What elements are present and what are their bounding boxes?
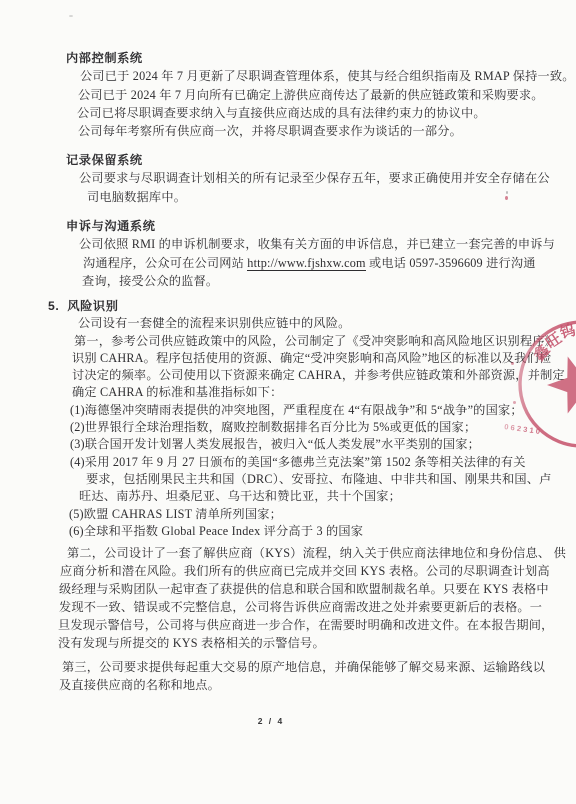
text-line: (4)采用 2017 年 9 月 27 日颁布的美国“多德弗兰克法案”第 150… bbox=[70, 454, 565, 471]
text-segment: (6)全球和平指数 Global Peace Index 评分高于 3 的国家 bbox=[69, 524, 363, 538]
text-line: 应商分析和潜在风险。我们所有的供应商已完成并交回 KYS 表格。公司的尽职调查计… bbox=[60, 562, 566, 580]
text-line: 及直接供应商的名称和地点。 bbox=[59, 676, 545, 694]
internal-control-system-section-heading: 内部控制系统 bbox=[66, 49, 575, 67]
text-line: 沟通程序，公众可在公司网站 http://www.fjshxw.com 或电话 … bbox=[83, 254, 555, 272]
record-retention-system-section: 记录保留系统公司要求与尽职调查计划相关的所有记录至少保存五年，要求正确使用并安全… bbox=[66, 151, 550, 206]
text-line: 公司依照 RMI 的申诉机制要求，收集有关方面的申诉信息，并已建立一套完善的申诉… bbox=[79, 235, 555, 253]
text-line: 公司要求与尽职调查计划相关的所有记录至少保存五年，要求正确使用并安全存储在公 bbox=[79, 169, 550, 187]
scanned-document-page: 内部控制系统公司已于 2024 年 7 月更新了尽职调查管理体系，使其与经合组织… bbox=[0, 0, 576, 804]
text-segment: 旺达、南苏丹、坦桑尼亚、乌干达和赞比亚，共十个国家； bbox=[79, 489, 401, 503]
text-segment: (4)采用 2017 年 9 月 27 日颁布的美国“多德弗兰克法案”第 150… bbox=[70, 455, 526, 469]
ink-speck bbox=[69, 15, 73, 17]
text-line: 第三，公司要求提供每起重大交易的原产地信息，并确保能够了解交易来源、运输路线以 bbox=[62, 658, 545, 676]
text-segment: 确定 CAHRA 的标准和基准指标如下： bbox=[72, 385, 283, 399]
record-retention-system-section-heading: 记录保留系统 bbox=[66, 151, 550, 169]
text-line: 级经理与采购团队一起审查了获提供的信息和联合国和欧盟制裁名单。只要在 KYS 表… bbox=[59, 580, 566, 598]
text-line: 查询，接受公众的监督。 bbox=[82, 272, 555, 290]
text-segment: (1)海德堡冲突晴雨表提供的冲突地图，严重程度在 4“有限战争”和 5“战争”的… bbox=[70, 403, 523, 417]
page-number: 2 / 4 bbox=[66, 716, 476, 726]
text-line: 发现不一致、错误或不完整信息，公司将告诉供应商需改进之处并索要更新后的表格。一 bbox=[59, 598, 566, 616]
ink-speck bbox=[506, 191, 508, 194]
text-segment: 记录保留系统 bbox=[66, 153, 143, 167]
star-icon bbox=[547, 357, 576, 414]
text-segment: 或电话 0597-3596609 进行沟通 bbox=[366, 256, 536, 270]
text-segment: 公司设有一套健全的流程来识别供应链中的风险。 bbox=[78, 316, 351, 330]
text-line: (5)欧盟 CAHRAS LIST 清单所列国家； bbox=[69, 506, 565, 523]
ink-speck bbox=[511, 362, 514, 365]
text-segment: 发现不一致、错误或不完整信息，公司将告诉供应商需改进之处并索要更新后的表格。一 bbox=[59, 600, 542, 614]
text-segment: 第二，公司设计了一套了解供应商（KYS）流程，纳入关于供应商法律地位和身份信息、… bbox=[67, 546, 566, 560]
text-segment: 5. 风险识别 bbox=[48, 299, 119, 313]
text-line: (6)全球和平指数 Global Peace Index 评分高于 3 的国家 bbox=[69, 523, 565, 540]
grievance-communication-system-section-heading: 申诉与沟通系统 bbox=[66, 217, 555, 235]
text-segment: 查询，接受公众的监督。 bbox=[82, 274, 218, 288]
text-line: 公司已将尽职调查要求纳入与直接供应商达成的具有法律约束力的协议中。 bbox=[77, 104, 575, 122]
text-line: 司电脑数据库中。 bbox=[87, 188, 550, 206]
text-segment: 申诉与沟通系统 bbox=[66, 219, 156, 233]
origin-information-paragraph: 第三，公司要求提供每起重大交易的原产地信息，并确保能够了解交易来源、运输路线以及… bbox=[58, 658, 545, 694]
text-line: 公司设有一套健全的流程来识别供应链中的风险。 bbox=[78, 315, 565, 332]
text-line: 要求，包括刚果民主共和国（DRC）、安哥拉、布隆迪、中非共和国、刚果共和国、卢 bbox=[86, 471, 565, 488]
text-segment: 应商分析和潜在风险。我们所有的供应商已完成并交回 KYS 表格。公司的尽职调查计… bbox=[60, 564, 550, 578]
text-segment: (5)欧盟 CAHRAS LIST 清单所列国家； bbox=[69, 507, 282, 521]
risk-identification-section-heading: 5. 风险识别 bbox=[48, 298, 565, 315]
text-segment: 识别 CAHRA。程序包括使用的资源、确定“受冲突影响和高风险”地区的标准以及我… bbox=[72, 351, 551, 365]
internal-control-system-section: 内部控制系统公司已于 2024 年 7 月更新了尽职调查管理体系，使其与经合组织… bbox=[66, 49, 575, 140]
text-segment: 及直接供应商的名称和地点。 bbox=[59, 678, 220, 692]
text-line: 旦发现示警信号，公司将与供应商进一步合作，在需要时明确和改进文件。在本报告期间， bbox=[58, 616, 566, 634]
text-segment: 公司已于 2024 年 7 月更新了尽职调查管理体系，使其与经合组织指南及 RM… bbox=[80, 69, 575, 83]
text-segment: 级经理与采购团队一起审查了获提供的信息和联合国和欧盟制裁名单。只要在 KYS 表… bbox=[59, 582, 549, 596]
text-line: (1)海德堡冲突晴雨表提供的冲突地图，严重程度在 4“有限战争”和 5“战争”的… bbox=[70, 402, 565, 419]
text-line: 公司已于 2024 年 7 月向所有已确定上游供应商传达了最新的供应链政策和采购… bbox=[78, 86, 575, 104]
company-seal-stamp: 鑫 旺 钨 062310 bbox=[493, 300, 576, 460]
kys-process-paragraph: 第二，公司设计了一套了解供应商（KYS）流程，纳入关于供应商法律地位和身份信息、… bbox=[58, 544, 566, 652]
text-segment: 要求，包括刚果民主共和国（DRC）、安哥拉、布隆迪、中非共和国、刚果共和国、卢 bbox=[86, 472, 552, 486]
risk-identification-section: 5. 风险识别公司设有一套健全的流程来识别供应链中的风险。第一，参考公司供应链政… bbox=[48, 298, 565, 540]
text-line: 没有发现与所提交的 KYS 表格相关的示警信号。 bbox=[58, 634, 566, 652]
text-segment: (2)世界银行全球治理指数，腐败控制数据排名百分比为 5%或更低的国家； bbox=[70, 420, 476, 434]
text-segment: 司电脑数据库中。 bbox=[87, 190, 186, 204]
grievance-communication-system-section: 申诉与沟通系统公司依照 RMI 的申诉机制要求，收集有关方面的申诉信息，并已建立… bbox=[66, 217, 555, 290]
ink-speck bbox=[513, 401, 516, 404]
text-line: 第一，参考公司供应链政策中的风险，公司制定了《受冲突影响和高风险地区识别程序》 bbox=[74, 333, 565, 350]
text-segment: 公司要求与尽职调查计划相关的所有记录至少保存五年，要求正确使用并安全存储在公 bbox=[79, 171, 550, 185]
text-segment: 旦发现示警信号，公司将与供应商进一步合作，在需要时明确和改进文件。在本报告期间， bbox=[58, 618, 554, 632]
text-line: 确定 CAHRA 的标准和基准指标如下： bbox=[72, 384, 565, 401]
text-segment: 公司已将尽职调查要求纳入与直接供应商达成的具有法律约束力的协议中。 bbox=[77, 106, 486, 120]
text-segment: (3)联合国开发计划署人类发展报告，被归入“低人类发展”水平类别的国家； bbox=[70, 437, 480, 451]
text-segment: 没有发现与所提交的 KYS 表格相关的示警信号。 bbox=[58, 636, 325, 650]
text-line: 旺达、南苏丹、坦桑尼亚、乌干达和赞比亚，共十个国家； bbox=[79, 488, 565, 505]
text-line: 公司每年考察所有供应商一次，并将尽职调查要求作为谈话的一部分。 bbox=[78, 122, 575, 140]
text-segment: 公司依照 RMI 的申诉机制要求，收集有关方面的申诉信息，并已建立一套完善的申诉… bbox=[79, 237, 555, 251]
text-segment: 第三，公司要求提供每起重大交易的原产地信息，并确保能够了解交易来源、运输路线以 bbox=[62, 660, 545, 674]
text-line: 第二，公司设计了一套了解供应商（KYS）流程，纳入关于供应商法律地位和身份信息、… bbox=[67, 544, 566, 562]
text-segment: 公司已于 2024 年 7 月向所有已确定上游供应商传达了最新的供应链政策和采购… bbox=[78, 88, 544, 102]
text-line: (3)联合国开发计划署人类发展报告，被归入“低人类发展”水平类别的国家； bbox=[70, 436, 565, 453]
text-segment: 第一，参考公司供应链政策中的风险，公司制定了《受冲突影响和高风险地区识别程序》 bbox=[74, 334, 557, 348]
text-line: 公司已于 2024 年 7 月更新了尽职调查管理体系，使其与经合组织指南及 RM… bbox=[80, 67, 575, 85]
text-segment: 沟通程序，公众可在公司网站 bbox=[83, 256, 247, 270]
text-segment: 讨决定的频率。公司使用以下资源来确定 CAHRA，并参考供应链政策和外部资源，并… bbox=[72, 368, 565, 382]
text-segment: 内部控制系统 bbox=[66, 51, 143, 65]
text-line: (2)世界银行全球治理指数，腐败控制数据排名百分比为 5%或更低的国家； bbox=[70, 419, 565, 436]
text-line: 识别 CAHRA。程序包括使用的资源、确定“受冲突影响和高风险”地区的标准以及我… bbox=[72, 350, 565, 367]
text-line: 讨决定的频率。公司使用以下资源来确定 CAHRA，并参考供应链政策和外部资源，并… bbox=[72, 367, 565, 384]
website-url: http://www.fjshxw.com bbox=[247, 256, 365, 272]
ink-speck bbox=[505, 196, 508, 200]
text-segment: 公司每年考察所有供应商一次，并将尽职调查要求作为谈话的一部分。 bbox=[78, 124, 462, 138]
